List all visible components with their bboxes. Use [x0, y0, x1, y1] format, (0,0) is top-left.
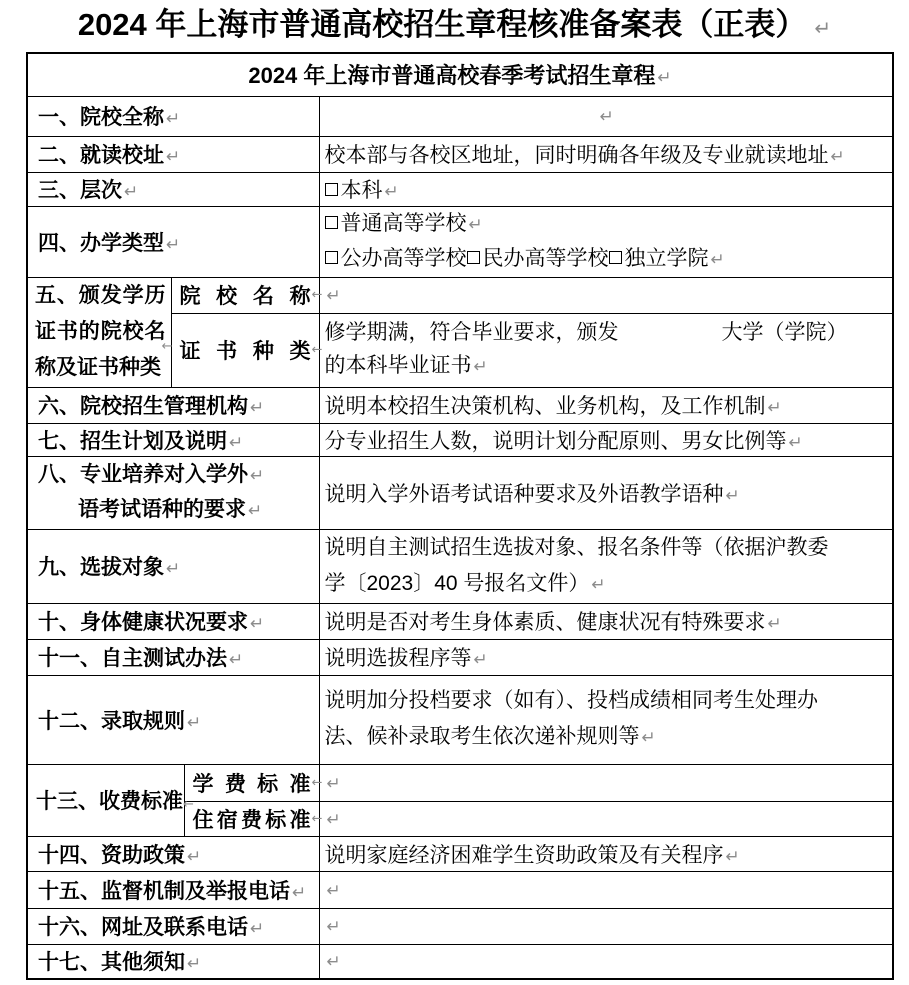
cell-end-mark-icon: ←	[312, 775, 323, 790]
return-mark-icon: ↵	[327, 286, 341, 306]
row-content: 修学期满，符合毕业要求，颁发大学（学院） 的本科毕业证书↵	[319, 313, 893, 387]
sub-row-label: 证书种类←	[171, 313, 319, 387]
table-row: 十一、自主测试办法↵ 说明选拔程序等↵	[27, 639, 893, 675]
return-mark-icon: ↵	[187, 847, 201, 867]
checkbox-option-label: 民办高等学校	[483, 247, 609, 270]
return-mark-icon: ↵	[250, 466, 264, 486]
row-content-text: 大学（学院）	[722, 321, 848, 344]
return-mark-icon: ↵	[474, 357, 488, 377]
return-mark-icon: ↵	[327, 810, 341, 830]
row-content: 说明加分投档要求（如有）、投档成绩相同考生处理办 法、候补录取考生依次递补规则等…	[319, 675, 893, 764]
return-mark-icon: ↵	[327, 917, 341, 937]
row-label: 九、选拔对象↵	[27, 529, 319, 603]
row-label: 十二、录取规则↵	[27, 675, 319, 764]
row-content: 说明是否对考生身体素质、健康状况有特殊要求↵	[319, 603, 893, 639]
row-content-text: 修学期满，符合毕业要求，颁发	[325, 321, 619, 344]
content-line: 修学期满，符合毕业要求，颁发大学（学院）	[325, 316, 891, 349]
row-content: ↵	[319, 277, 893, 313]
row-label: 八、专业培养对入学外↵ 语考试语种的要求↵	[27, 456, 319, 529]
cell-end-mark-icon: ←	[312, 811, 323, 826]
return-mark-icon: ↵	[250, 398, 264, 418]
document-title: 2024 年上海市普通高校招生章程核准备案表（正表）↵	[0, 5, 909, 48]
row-content-text: 说明本校招生决策机构、业务机构，及工作机制	[325, 395, 766, 418]
return-mark-icon: ↵	[248, 501, 262, 521]
document-title-text: 2024 年上海市普通高校招生章程核准备案表（正表）	[78, 7, 807, 42]
return-mark-icon: ↵	[187, 954, 201, 974]
table-row: 十三、收费标准← 学费标准← ↵	[27, 764, 893, 801]
row-label: 一、院校全称↵	[27, 96, 319, 136]
checkbox-option-label: 公办高等学校	[341, 247, 467, 270]
table-row: 十七、其他须知↵ ↵	[27, 944, 893, 979]
table-row: 五、颁发学历证书的院校名称及证书种类← 院校名称← ↵	[27, 277, 893, 313]
row-label-text: 十二、录取规则	[38, 710, 185, 733]
return-mark-icon: ↵	[327, 952, 341, 972]
row-label: 十六、网址及联系电话↵	[27, 908, 319, 944]
table-row: 九、选拔对象↵ 说明自主测试招生选拔对象、报名条件等（依据沪教委 学〔2023〕…	[27, 529, 893, 603]
content-line: 普通高等学校↵	[325, 207, 891, 242]
row-label: 二、就读校址↵	[27, 136, 319, 172]
return-mark-icon: ↵	[768, 398, 782, 418]
row-label: 十三、收费标准←	[27, 764, 184, 836]
row-label-text: 八、专业培养对入学外	[38, 463, 248, 486]
content-line: 说明加分投档要求（如有）、投档成绩相同考生处理办	[325, 683, 891, 719]
row-content-text: 说明家庭经济困难学生资助政策及有关程序	[325, 844, 724, 867]
row-label-text: 六、院校招生管理机构	[38, 395, 248, 418]
row-content: ↵	[319, 871, 893, 908]
return-mark-icon: ↵	[166, 559, 180, 579]
content-line: 公办高等学校民办高等学校独立学院↵	[325, 242, 891, 277]
row-label: 四、办学类型↵	[27, 206, 319, 277]
row-label-text: 四、办学类型	[38, 232, 164, 255]
checkbox-icon	[609, 251, 622, 264]
cell-end-mark-icon: ←	[312, 343, 323, 358]
row-label: 十五、监督机制及举报电话↵	[27, 871, 319, 908]
row-content: ↵	[319, 764, 893, 801]
row-content: 说明自主测试招生选拔对象、报名条件等（依据沪教委 学〔2023〕40 号报名文件…	[319, 529, 893, 603]
return-mark-icon: ↵	[229, 650, 243, 670]
sub-row-label: 住宿费标准←	[184, 801, 319, 836]
row-label-text: 十一、自主测试办法	[38, 647, 227, 670]
table-header-text: 2024 年上海市普通高校春季考试招生章程	[248, 63, 655, 88]
row-content-text: 校本部与各校区地址，同时明确各年级及专业就读地址	[325, 144, 829, 167]
row-label: 五、颁发学历证书的院校名称及证书种类←	[27, 277, 171, 387]
return-mark-icon: ↵	[250, 614, 264, 634]
row-content-text: 的本科毕业证书	[325, 354, 472, 377]
content-line: 说明自主测试招生选拔对象、报名条件等（依据沪教委	[325, 530, 891, 566]
row-content: ↵	[319, 801, 893, 836]
return-mark-icon: ↵	[591, 575, 605, 595]
row-label: 十、身体健康状况要求↵	[27, 603, 319, 639]
row-label-text: 二、就读校址	[38, 144, 164, 167]
return-mark-icon: ↵	[814, 16, 831, 40]
row-content: 分专业招生人数，说明计划分配原则、男女比例等↵	[319, 423, 893, 456]
row-label-text: 十七、其他须知	[38, 951, 185, 974]
return-mark-icon: ↵	[642, 728, 656, 748]
label-line: 八、专业培养对入学外↵	[38, 458, 317, 493]
return-mark-icon: ↵	[166, 147, 180, 167]
return-mark-icon: ↵	[726, 486, 740, 506]
return-mark-icon: ↵	[768, 614, 782, 634]
table-row: 十、身体健康状况要求↵ 说明是否对考生身体素质、健康状况有特殊要求↵	[27, 603, 893, 639]
sub-row-label: 院校名称←	[171, 277, 319, 313]
row-label: 三、层次↵	[27, 172, 319, 206]
return-mark-icon: ↵	[831, 147, 845, 167]
checkbox-option-label: 本科	[341, 179, 383, 202]
return-mark-icon: ↵	[166, 109, 180, 129]
row-content: 普通高等学校↵ 公办高等学校民办高等学校独立学院↵	[319, 206, 893, 277]
row-content: ↵	[319, 944, 893, 979]
row-content: 说明本校招生决策机构、业务机构，及工作机制↵	[319, 387, 893, 423]
row-label: 十一、自主测试办法↵	[27, 639, 319, 675]
row-label-text: 七、招生计划及说明	[38, 430, 227, 453]
row-label: 七、招生计划及说明↵	[27, 423, 319, 456]
row-label-text: 语考试语种的要求	[78, 498, 246, 521]
return-mark-icon: ↵	[327, 881, 341, 901]
row-label-text: 九、选拔对象	[38, 556, 164, 579]
row-content: 说明家庭经济困难学生资助政策及有关程序↵	[319, 836, 893, 871]
return-mark-icon: ↵	[292, 883, 306, 903]
row-label-text: 十四、资助政策	[38, 844, 185, 867]
row-content-text: 说明自主测试招生选拔对象、报名条件等（依据沪教委	[325, 536, 829, 559]
row-label-text: 一、院校全称	[38, 106, 164, 129]
return-mark-icon: ↵	[385, 182, 399, 202]
checkbox-icon	[325, 216, 338, 229]
row-content-text: 法、候补录取考生依次递补规则等	[325, 725, 640, 748]
row-label-text: 十五、监督机制及举报电话	[38, 880, 290, 903]
table-row: 二、就读校址↵ 校本部与各校区地址，同时明确各年级及专业就读地址↵	[27, 136, 893, 172]
return-mark-icon: ↵	[250, 919, 264, 939]
row-content-text: 说明加分投档要求（如有）、投档成绩相同考生处理办	[325, 689, 819, 712]
row-label-text: 三、层次	[38, 179, 122, 202]
return-mark-icon: ↵	[474, 650, 488, 670]
checkbox-option-label: 普通高等学校	[341, 212, 467, 235]
return-mark-icon: ↵	[124, 182, 138, 202]
table-header-cell: 2024 年上海市普通高校春季考试招生章程↵	[27, 53, 893, 96]
sub-row-label-text: 住宿费标准	[193, 804, 311, 834]
return-mark-icon: ↵	[187, 713, 201, 733]
row-content: ↵	[319, 96, 893, 136]
return-mark-icon: ↵	[657, 68, 671, 88]
row-label: 六、院校招生管理机构↵	[27, 387, 319, 423]
row-content: 说明入学外语考试语种要求及外语教学语种↵	[319, 456, 893, 529]
row-label-text: 十三、收费标准	[36, 790, 183, 813]
table-row: 十二、录取规则↵ 说明加分投档要求（如有）、投档成绩相同考生处理办 法、候补录取…	[27, 675, 893, 764]
content-line: 的本科毕业证书↵	[325, 349, 891, 384]
sub-row-label-text: 证书种类	[180, 335, 311, 365]
return-mark-icon: ↵	[726, 847, 740, 867]
return-mark-icon: ↵	[229, 433, 243, 453]
row-label-text: 十、身体健康状况要求	[38, 611, 248, 634]
row-content-text: 说明入学外语考试语种要求及外语教学语种	[325, 483, 724, 506]
return-mark-icon: ↵	[469, 215, 483, 235]
row-label-text: 五、颁发学历证书的院校名称及证书种类	[35, 284, 166, 379]
content-line: 学〔2023〕40 号报名文件）↵	[325, 566, 891, 603]
table-row: 十四、资助政策↵ 说明家庭经济困难学生资助政策及有关程序↵	[27, 836, 893, 871]
sub-row-label-text: 院校名称	[180, 280, 311, 310]
row-label: 十四、资助政策↵	[27, 836, 319, 871]
checkbox-icon	[325, 251, 338, 264]
row-content: 说明选拔程序等↵	[319, 639, 893, 675]
row-label-text: 十六、网址及联系电话	[38, 916, 248, 939]
table-row: 十五、监督机制及举报电话↵ ↵	[27, 871, 893, 908]
row-content: 校本部与各校区地址，同时明确各年级及专业就读地址↵	[319, 136, 893, 172]
return-mark-icon: ↵	[789, 433, 803, 453]
label-line: 语考试语种的要求↵	[38, 493, 317, 528]
table-row: 2024 年上海市普通高校春季考试招生章程↵	[27, 53, 893, 96]
table-row: 三、层次↵ 本科↵	[27, 172, 893, 206]
row-content-text: 说明是否对考生身体素质、健康状况有特殊要求	[325, 611, 766, 634]
table-row: 四、办学类型↵ 普通高等学校↵ 公办高等学校民办高等学校独立学院↵	[27, 206, 893, 277]
checkbox-option-label: 独立学院	[625, 247, 709, 270]
row-content-text: 分专业招生人数，说明计划分配原则、男女比例等	[325, 430, 787, 453]
row-content-text: 学〔2023〕40 号报名文件）	[325, 572, 590, 595]
table-row: 八、专业培养对入学外↵ 语考试语种的要求↵ 说明入学外语考试语种要求及外语教学语…	[27, 456, 893, 529]
row-content-text: 说明选拔程序等	[325, 647, 472, 670]
return-mark-icon: ↵	[166, 235, 180, 255]
checkbox-icon	[467, 251, 480, 264]
return-mark-icon: ↵	[600, 107, 614, 127]
cell-end-mark-icon: ←	[312, 288, 323, 303]
return-mark-icon: ↵	[711, 250, 725, 270]
table-row: 十六、网址及联系电话↵ ↵	[27, 908, 893, 944]
content-line: 法、候补录取考生依次递补规则等↵	[325, 719, 891, 756]
sub-row-label-text: 学费标准	[193, 768, 311, 798]
checkbox-icon	[325, 183, 338, 196]
row-label: 十七、其他须知↵	[27, 944, 319, 979]
row-content: 本科↵	[319, 172, 893, 206]
sub-row-label: 学费标准←	[184, 764, 319, 801]
table-row: 六、院校招生管理机构↵ 说明本校招生决策机构、业务机构，及工作机制↵	[27, 387, 893, 423]
return-mark-icon: ↵	[327, 774, 341, 794]
row-content: ↵	[319, 908, 893, 944]
charter-form-table: 2024 年上海市普通高校春季考试招生章程↵ 一、院校全称↵ ↵ 二、就读校址↵…	[26, 52, 894, 980]
table-row: 七、招生计划及说明↵ 分专业招生人数，说明计划分配原则、男女比例等↵	[27, 423, 893, 456]
table-row: 一、院校全称↵ ↵	[27, 96, 893, 136]
